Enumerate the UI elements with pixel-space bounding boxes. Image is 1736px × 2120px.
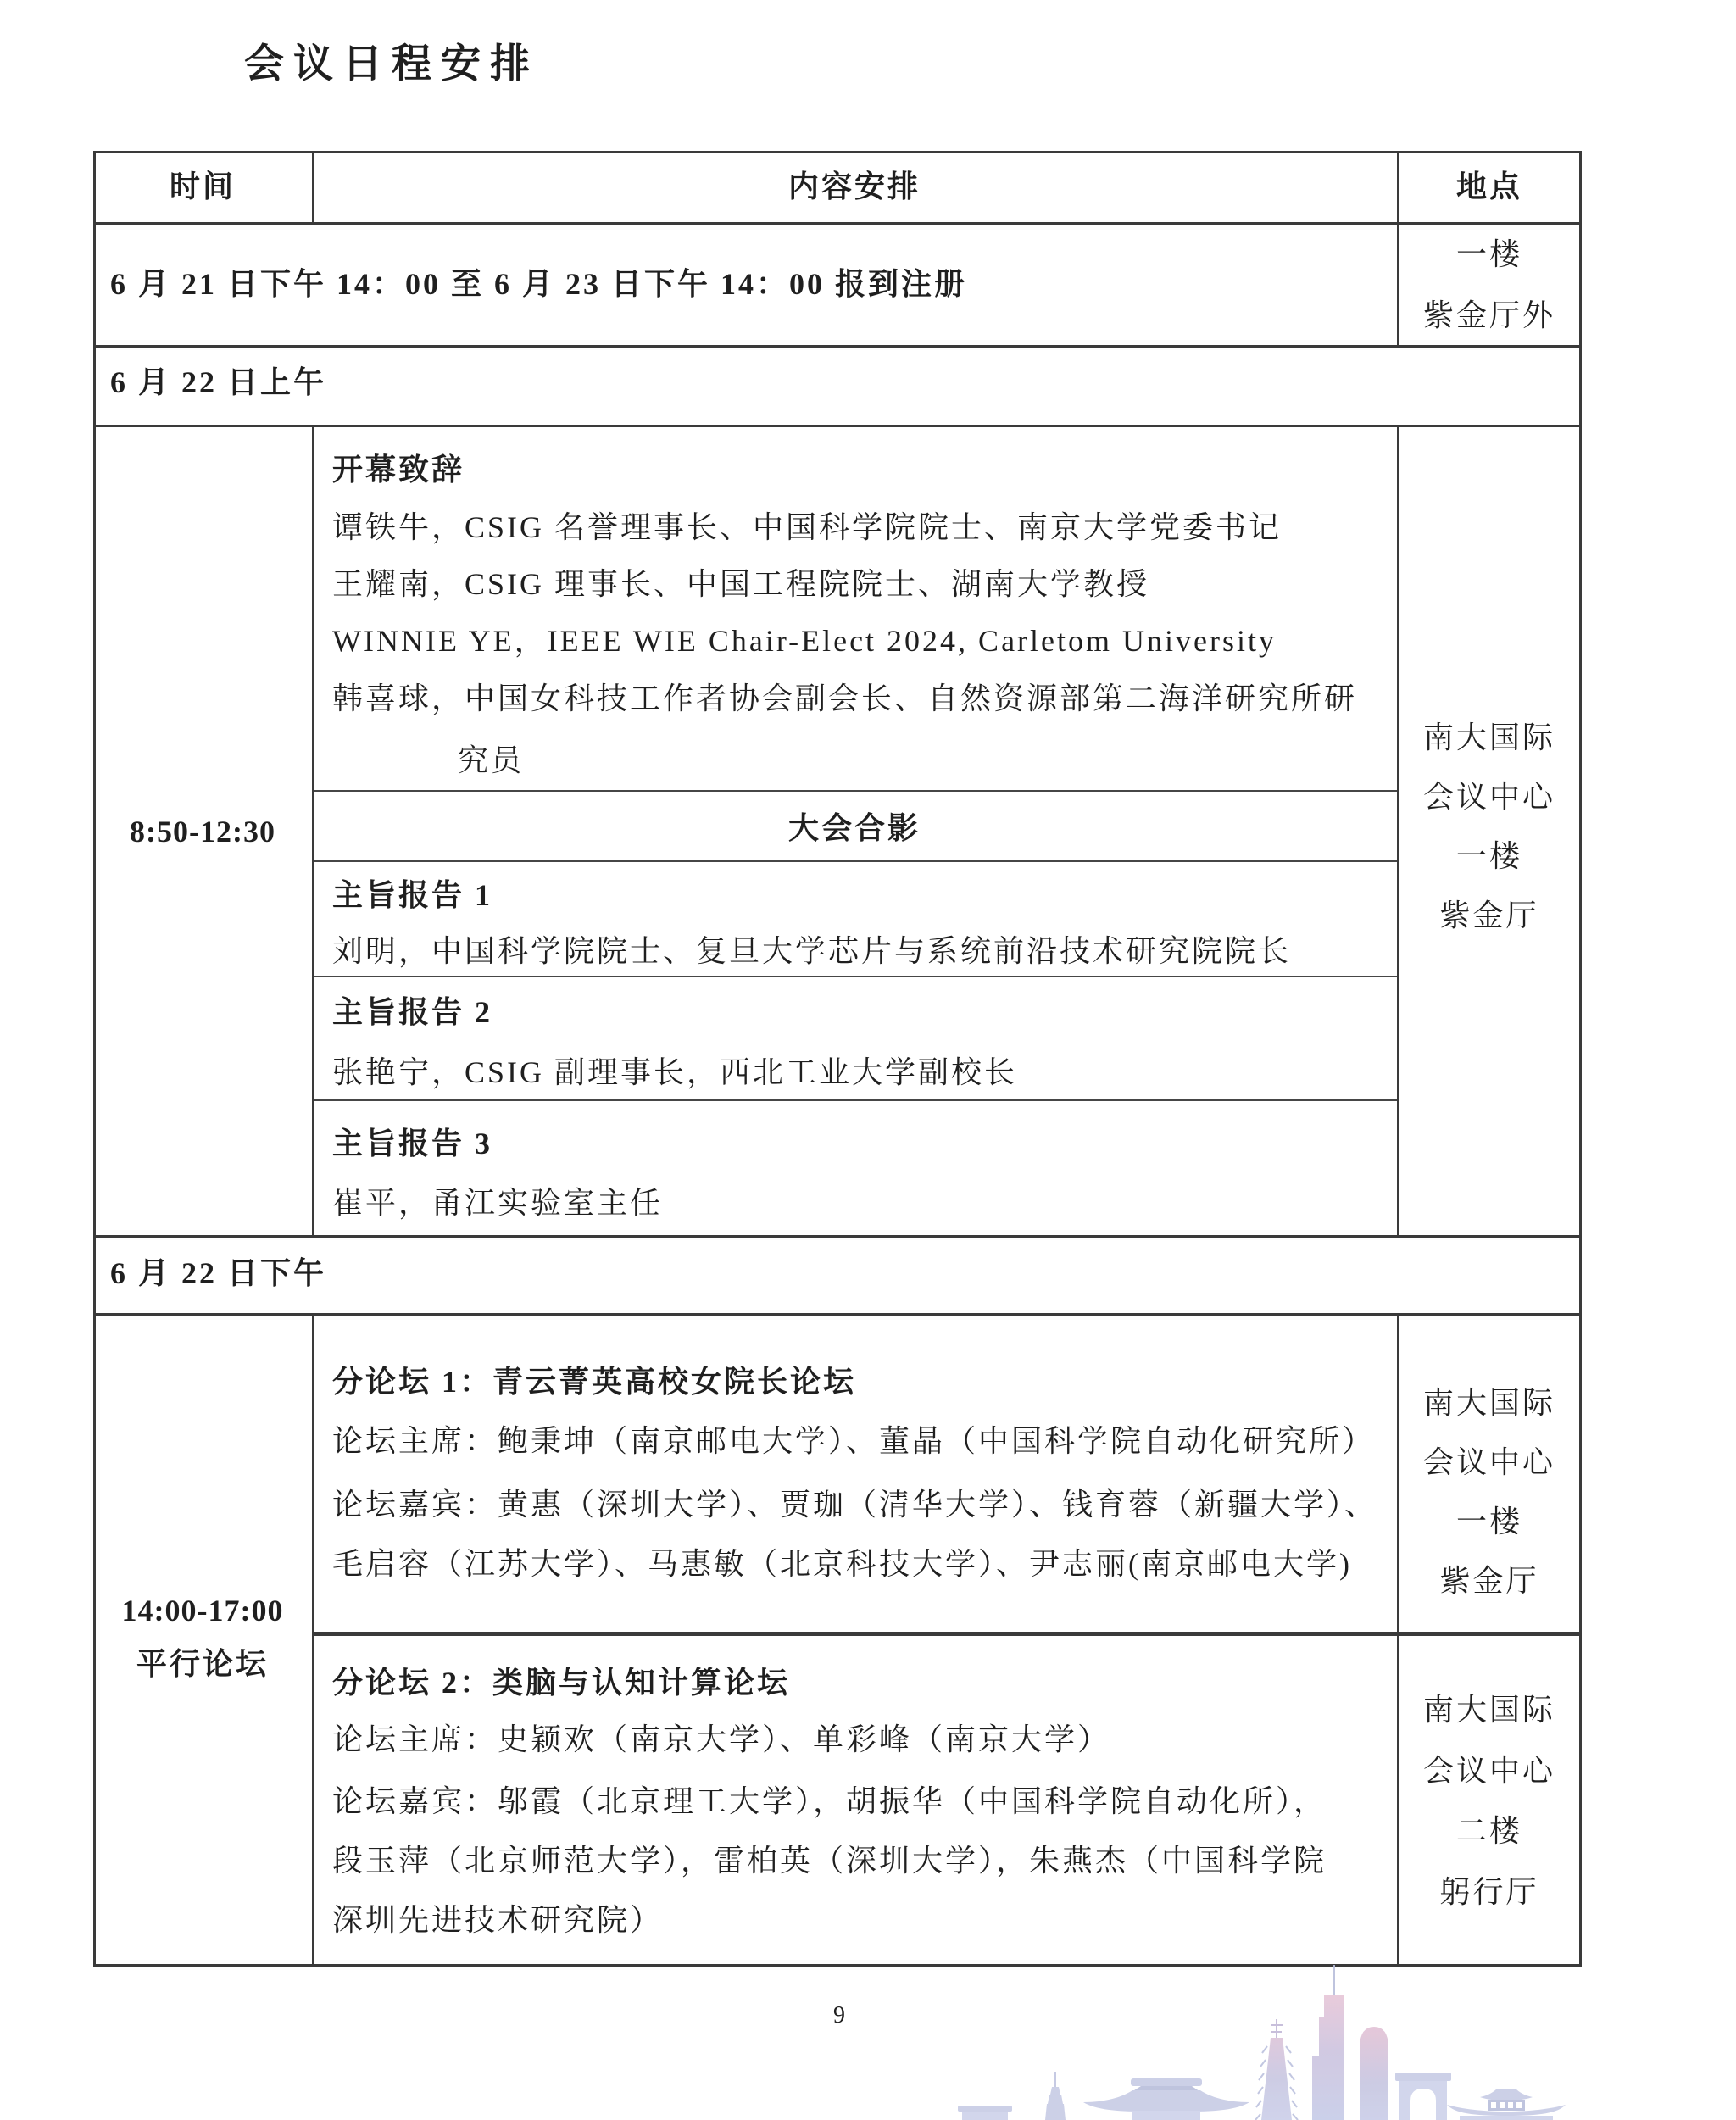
- header-content: 内容安排: [788, 160, 921, 213]
- nanjing-skyline-watermark: [941, 1941, 1585, 2120]
- skyscraper: [1312, 1965, 1344, 2120]
- opening-speaker-line: 王耀南，CSIG 理事长、中国工程院院士、湖南大学教授: [332, 558, 1149, 610]
- page-title: 会议日程安排: [244, 32, 539, 89]
- opening-title: 开幕致辞: [332, 443, 465, 496]
- grid-vline-time-morning: [312, 425, 314, 1236]
- forum2-line: 论坛主席：史颖欢（南京大学）、单彩峰（南京大学）: [332, 1713, 1110, 1766]
- header-time: 时间: [170, 160, 236, 213]
- grid-vline-time-afternoon: [312, 1313, 314, 1967]
- morning-time-range: 8:50-12:30: [130, 805, 275, 858]
- grid-vline-location-top: [1397, 151, 1399, 346]
- grid-line-below-keynote2: [312, 1099, 1397, 1101]
- forum1-title: 分论坛 1：青云菁英高校女院长论坛: [332, 1355, 856, 1408]
- afternoon-date-header: 6 月 22 日下午: [110, 1247, 326, 1299]
- opening-speaker-line: WINNIE YE，IEEE WIE Chair-Elect 2024, Car…: [332, 615, 1277, 667]
- opening-speaker-line: 韩喜球，中国女科技工作者协会副会长、自然资源部第二海洋研究所研: [332, 672, 1357, 725]
- forum2-location-line: 二楼: [1456, 1805, 1522, 1857]
- forum1-location-line: 南大国际: [1423, 1377, 1555, 1429]
- morning-location-line: 紫金厅: [1439, 889, 1538, 942]
- grid-line-below-morning-date: [93, 425, 1582, 427]
- keynote-title: 主旨报告 1: [332, 869, 492, 921]
- pagoda-tower: [1255, 2019, 1298, 2120]
- keynote-speaker: 崔平，甬江实验室主任: [332, 1177, 663, 1229]
- forum2-location-line: 躬行厅: [1439, 1866, 1538, 1918]
- registration-text: 6 月 21 日下午 14：00 至 6 月 23 日下午 14：00 报到注册: [110, 258, 967, 310]
- header-location: 地点: [1456, 160, 1522, 213]
- traditional-gate-building: [1447, 2089, 1566, 2120]
- grid-line-below-registration: [93, 345, 1582, 348]
- registration-location-line: 一楼: [1456, 228, 1522, 281]
- grid-line-above-afternoon-date: [93, 1235, 1582, 1238]
- morning-location-line: 一楼: [1456, 830, 1522, 882]
- temple-hall: [1083, 2078, 1249, 2120]
- grid-line-below-header: [93, 222, 1582, 225]
- afternoon-time-label: 平行论坛: [136, 1638, 269, 1690]
- grid-line-below-group-photo: [312, 860, 1397, 862]
- grid-vline-time-header: [312, 151, 314, 223]
- afternoon-time-range: 14:00-17:00: [122, 1584, 284, 1637]
- grid-line-below-afternoon-date: [93, 1313, 1582, 1316]
- forum1-line: 论坛主席：鲍秉坤（南京邮电大学）、董晶（中国科学院自动化研究所）: [332, 1415, 1375, 1467]
- keynote-speaker: 张艳宁，CSIG 副理事长，西北工业大学副校长: [332, 1046, 1017, 1099]
- forum2-line: 深圳先进技术研究院）: [332, 1894, 663, 1946]
- grid-vline-location-morning: [1397, 425, 1399, 1236]
- forum1-location-line: 一楼: [1456, 1495, 1522, 1548]
- spire-tower: [1045, 2072, 1066, 2120]
- page-number: 9: [833, 1989, 845, 2042]
- forum1-line: 毛启容（江苏大学）、马惠敏（北京科技大学）、尹志丽(南京邮电大学): [332, 1538, 1352, 1590]
- forum1-location-line: 紫金厅: [1439, 1555, 1538, 1607]
- low-building: [958, 2106, 1012, 2120]
- morning-location-line: 会议中心: [1423, 771, 1555, 823]
- city-gate: [1395, 2073, 1451, 2120]
- round-top-tower: [1360, 2027, 1388, 2120]
- forum2-location-line: 会议中心: [1423, 1744, 1555, 1797]
- document-page: 会议日程安排 时间 内容安排 地点 6 月 21 日下午 14：00 至 6 月…: [0, 0, 1736, 2120]
- forum1-line: 论坛嘉宾：黄惠（深圳大学）、贾珈（清华大学）、钱育蓉（新疆大学）、: [332, 1478, 1377, 1531]
- forum2-line: 段玉萍（北京师范大学），雷柏英（深圳大学），朱燕杰（中国科学院: [332, 1834, 1327, 1887]
- keynote-speaker: 刘明，中国科学院院士、复旦大学芯片与系统前沿技术研究院院长: [332, 925, 1291, 977]
- registration-location-line: 紫金厅外: [1423, 289, 1555, 342]
- grid-line-below-opening: [312, 790, 1397, 792]
- opening-speaker-line: 究员: [458, 734, 524, 787]
- group-photo-label: 大会合影: [788, 802, 921, 854]
- keynote-title: 主旨报告 2: [332, 986, 492, 1038]
- morning-location-line: 南大国际: [1423, 711, 1555, 764]
- keynote-title: 主旨报告 3: [332, 1117, 492, 1170]
- opening-speaker-line: 谭铁牛，CSIG 名誉理事长、中国科学院院士、南京大学党委书记: [332, 501, 1282, 554]
- forum2-line: 论坛嘉宾：邬霞（北京理工大学），胡振华（中国科学院自动化所），: [332, 1775, 1327, 1828]
- morning-date-header: 6 月 22 日上午: [110, 356, 326, 409]
- forum2-title: 分论坛 2：类脑与认知计算论坛: [332, 1656, 790, 1709]
- grid-vline-location-afternoon: [1397, 1313, 1399, 1967]
- forum2-location-line: 南大国际: [1423, 1683, 1555, 1736]
- forum1-location-line: 会议中心: [1423, 1436, 1555, 1488]
- grid-line-between-forums: [312, 1632, 1582, 1636]
